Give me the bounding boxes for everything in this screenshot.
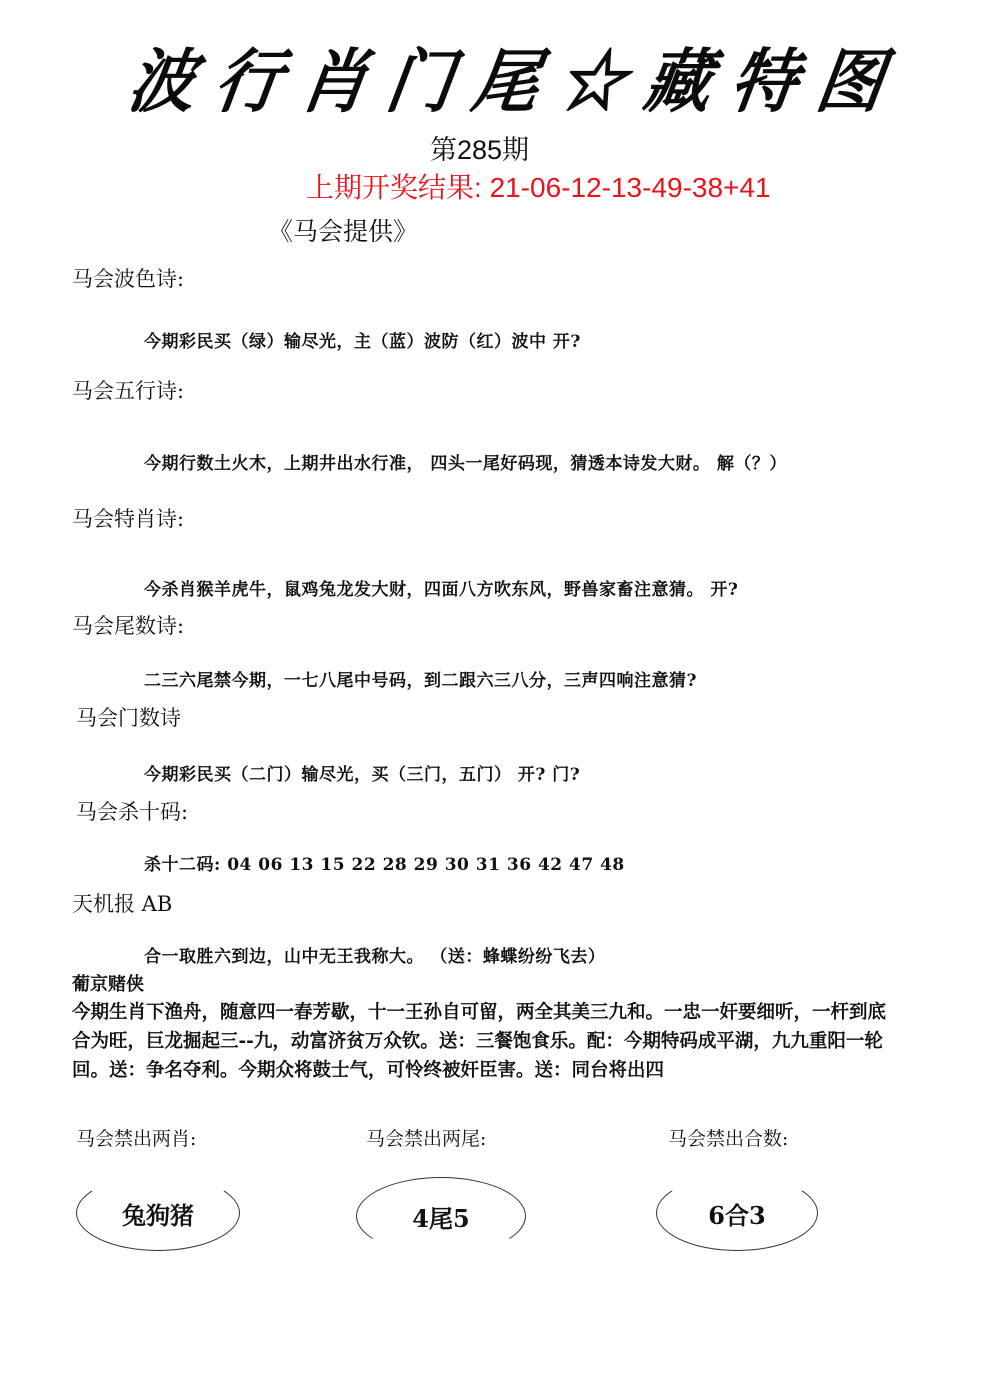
- ban-label-zodiac: 马会禁出两肖:: [76, 1124, 196, 1151]
- section-text-five-elements: 今期行数土火木，上期井出水行准， 四头一尾好码现，猜透本诗发大财。 解（？）: [144, 449, 787, 474]
- section-text-wave-color: 今期彩民买（绿）输尽光，主（蓝）波防（红）波中 开?: [144, 327, 581, 352]
- last-result-label: 上期开奖结果:: [306, 172, 482, 203]
- section-text-tianji: 合一取胜六到边，山中无王我称大。 （送：蜂蝶纷纷飞去）: [144, 942, 605, 967]
- provider-label: 《马会提供》: [268, 212, 418, 248]
- section-heading-door-number: 马会门数诗: [76, 702, 181, 732]
- poem-block-text: 今期生肖下渔舟，随意四一春芳歇，十一王孙自可留，两全其美三九和。一忠一奸要细听，…: [72, 998, 902, 1085]
- section-heading-kill-codes: 马会杀十码:: [76, 796, 188, 826]
- section-heading-tail-number: 马会尾数诗:: [72, 610, 184, 640]
- ban-value-tail: 4尾5: [356, 1177, 526, 1255]
- ban-label-sum: 马会禁出合数:: [668, 1124, 788, 1151]
- last-result-numbers: 21-06-12-13-49-38+41: [490, 172, 771, 203]
- ban-value-zodiac: 兔狗猪: [76, 1175, 240, 1251]
- section-text-kill-codes: 杀十二码: 04 06 13 15 22 28 29 30 31 36 42 4…: [144, 850, 625, 875]
- section-heading-tianji: 天机报 AB: [72, 888, 172, 918]
- poem-block-heading: 葡京赌侠: [72, 970, 144, 996]
- ban-label-tail: 马会禁出两尾:: [366, 1124, 486, 1151]
- section-heading-five-elements: 马会五行诗:: [72, 375, 184, 405]
- last-result: 上期开奖结果: 21-06-12-13-49-38+41: [306, 166, 771, 206]
- section-heading-zodiac: 马会特肖诗:: [72, 503, 184, 533]
- page-title: 波行肖门尾☆藏特图: [123, 26, 911, 126]
- issue-number: 第285期: [430, 128, 529, 167]
- section-text-tail-number: 二三六尾禁今期，一七八尾中号码，到二跟六三八分，三声四响注意猜?: [144, 666, 697, 691]
- section-text-door-number: 今期彩民买（二门）输尽光，买（三门，五门） 开? 门?: [144, 760, 580, 785]
- section-text-zodiac: 今杀肖猴羊虎牛，鼠鸡兔龙发大财，四面八方吹东风，野兽家畜注意猜。 开?: [144, 575, 738, 600]
- section-heading-wave-color: 马会波色诗:: [72, 263, 184, 293]
- ban-value-sum: 6合3: [656, 1175, 818, 1251]
